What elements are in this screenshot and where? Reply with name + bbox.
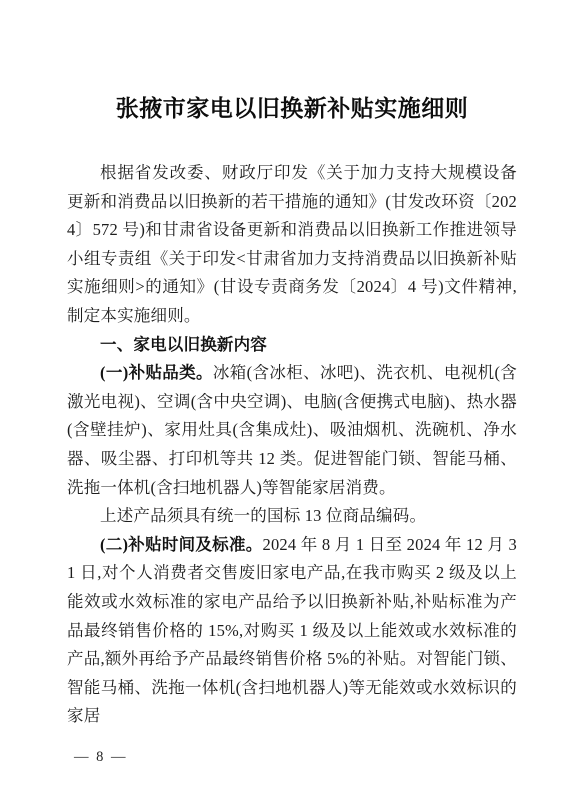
para-policy-basis-run-0: 根据省发改委、财政厅印发《关于加力支持大规模设备更新和消费品以旧换新的若干措施的… [67, 163, 517, 325]
para-product-code-run-0: 上述产品须具有统一的国标 13 位商品编码。 [100, 506, 426, 525]
document-title: 张掖市家电以旧换新补贴实施细则 [67, 90, 517, 128]
document-body: 根据省发改委、财政厅印发《关于加力支持大规模设备更新和消费品以旧换新的若干措施的… [67, 159, 517, 731]
page-number: — 8 — [74, 749, 128, 766]
para-subsidy-time-standard-run-0: (二)补贴时间及标准。 [100, 535, 263, 554]
para-subsidy-categories-run-1: 冰箱(含冰柜、冰吧)、洗衣机、电视机(含激光电视)、空调(含中央空调)、电脑(含… [67, 363, 517, 496]
para-policy-basis: 根据省发改委、财政厅印发《关于加力支持大规模设备更新和消费品以旧换新的若干措施的… [67, 159, 517, 331]
heading-section-1-run-0: 一、家电以旧换新内容 [100, 336, 267, 354]
document-page: 张掖市家电以旧换新补贴实施细则 根据省发改委、财政厅印发《关于加力支持大规模设备… [0, 0, 585, 799]
para-subsidy-categories-run-0: (一)补贴品类。 [100, 363, 213, 382]
para-subsidy-categories: (一)补贴品类。冰箱(含冰柜、冰吧)、洗衣机、电视机(含激光电视)、空调(含中央… [67, 359, 517, 502]
para-subsidy-time-standard-run-1: 2024 年 8 月 1 日至 2024 年 12 月 31 日,对个人消费者交… [67, 535, 517, 726]
heading-section-1: 一、家电以旧换新内容 [67, 331, 517, 360]
para-product-code: 上述产品须具有统一的国标 13 位商品编码。 [67, 502, 517, 531]
para-subsidy-time-standard: (二)补贴时间及标准。2024 年 8 月 1 日至 2024 年 12 月 3… [67, 531, 517, 731]
